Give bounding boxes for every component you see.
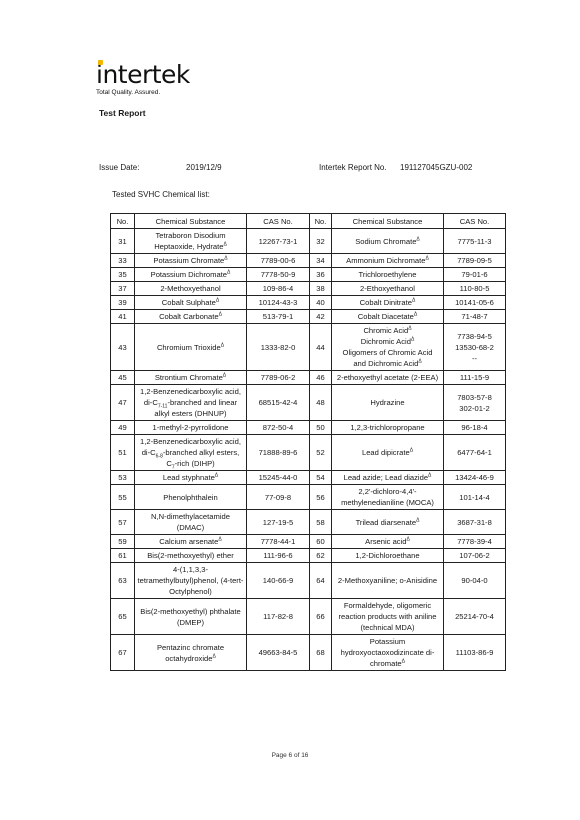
header-no-right: No.: [310, 214, 332, 229]
delta-mark: Δ: [218, 536, 221, 542]
cas-number: 7789-00-6: [247, 254, 310, 268]
chemical-substance: Ammonium DichromateΔ: [332, 254, 444, 268]
cas-number: 7778-39-4: [444, 535, 506, 549]
row-number: 54: [310, 471, 332, 485]
row-number: 53: [111, 471, 135, 485]
row-number: 68: [310, 635, 332, 671]
table-row: 634-(1,1,3,3-tetramethylbutyl)phenol, (4…: [111, 563, 506, 599]
chemical-substance: Cobalt DiacetateΔ: [332, 310, 444, 324]
chemical-substance: Lead styphnateΔ: [135, 471, 247, 485]
chemical-substance: 2-Methoxyaniline; o-Anisidine: [332, 563, 444, 599]
row-number: 32: [310, 229, 332, 254]
chemical-substance: N,N-dimethylacetamide (DMAC): [135, 510, 247, 535]
cas-number: 7803-57-8302-01-2: [444, 385, 506, 421]
table-row: 33Potassium ChromateΔ7789-00-634Ammonium…: [111, 254, 506, 268]
cas-number: 101-14-4: [444, 485, 506, 510]
cas-number: 10141-05-6: [444, 296, 506, 310]
chemical-substance: Chromium TrioxideΔ: [135, 324, 247, 371]
chemical-substance: Cobalt DinitrateΔ: [332, 296, 444, 310]
delta-mark: Δ: [412, 297, 415, 303]
chemical-substance: Formaldehyde, oligomeric reaction produc…: [332, 599, 444, 635]
cas-number: 49663-84-5: [247, 635, 310, 671]
delta-mark: Δ: [410, 447, 413, 453]
cas-number: 79-01-6: [444, 268, 506, 282]
table-row: 35Potassium DichromateΔ7778-50-936Trichl…: [111, 268, 506, 282]
row-number: 62: [310, 549, 332, 563]
row-number: 31: [111, 229, 135, 254]
cas-number: 3687-31-8: [444, 510, 506, 535]
chemical-substance: 1-methyl-2-pyrrolidone: [135, 421, 247, 435]
table-row: 65Bis(2-methoxyethyl) phthalate (DMEP)11…: [111, 599, 506, 635]
chemical-substance: Potassium hydroxyoctaoxodizincate di-chr…: [332, 635, 444, 671]
chemical-substance: 1,2-Benzenedicarboxylic acid, di-C7-11-b…: [135, 385, 247, 421]
cas-number: 10124-43-3: [247, 296, 310, 310]
cas-number: 109-86-4: [247, 282, 310, 296]
cas-number: 13424-46-9: [444, 471, 506, 485]
chemical-substance: Trichloroethylene: [332, 268, 444, 282]
cas-number: 71888-89-6: [247, 435, 310, 471]
delta-mark: Δ: [227, 269, 230, 275]
row-number: 56: [310, 485, 332, 510]
chemical-substance: Phenolphthalein: [135, 485, 247, 510]
header-no-left: No.: [111, 214, 135, 229]
table-row: 67Pentazinc chromate octahydroxideΔ49663…: [111, 635, 506, 671]
cas-number: 6477-64-1: [444, 435, 506, 471]
table-row: 61Bis(2-methoxyethyl) ether111-96-6621,2…: [111, 549, 506, 563]
delta-mark: Δ: [426, 255, 429, 261]
cas-number: 12267-73-1: [247, 229, 310, 254]
report-title: Test Report: [99, 108, 146, 118]
header-substance-left: Chemical Substance: [135, 214, 247, 229]
delta-mark: Δ: [223, 241, 226, 247]
row-number: 67: [111, 635, 135, 671]
delta-mark: Δ: [215, 472, 218, 478]
chemical-substance: Trilead diarsenateΔ: [332, 510, 444, 535]
cas-number: 77-09-8: [247, 485, 310, 510]
row-number: 57: [111, 510, 135, 535]
chemical-substance: Lead azide; Lead diazideΔ: [332, 471, 444, 485]
delta-mark: Δ: [416, 236, 419, 242]
row-number: 61: [111, 549, 135, 563]
chemical-substance: 2,2'-dichloro-4,4'-methylenedianiline (M…: [332, 485, 444, 510]
cas-number: 68515-42-4: [247, 385, 310, 421]
delta-mark: Δ: [219, 311, 222, 317]
report-number-label: Intertek Report No.: [319, 163, 387, 172]
delta-mark: Δ: [212, 653, 215, 659]
row-number: 39: [111, 296, 135, 310]
issue-date-label: Issue Date:: [99, 163, 139, 172]
cas-number: 15245-44-0: [247, 471, 310, 485]
chemical-substance: 2-ethoxyethyl acetate (2-EEA): [332, 371, 444, 385]
table-row: 53Lead styphnateΔ15245-44-054Lead azide;…: [111, 471, 506, 485]
row-number: 36: [310, 268, 332, 282]
chemical-substance: Cobalt CarbonateΔ: [135, 310, 247, 324]
row-number: 47: [111, 385, 135, 421]
row-number: 44: [310, 324, 332, 371]
page-number: Page 6 of 16: [0, 752, 580, 759]
cas-number: 7778-50-9: [247, 268, 310, 282]
chemical-substance: Arsenic acidΔ: [332, 535, 444, 549]
table-row: 471,2-Benzenedicarboxylic acid, di-C7-11…: [111, 385, 506, 421]
table-row: 45Strontium ChromateΔ7789-06-2462-ethoxy…: [111, 371, 506, 385]
cas-number: 90-04-0: [444, 563, 506, 599]
cas-number: 7789-09-5: [444, 254, 506, 268]
table-row: 55Phenolphthalein77-09-8562,2'-dichloro-…: [111, 485, 506, 510]
table-row: 43Chromium TrioxideΔ1333-82-044Chromic A…: [111, 324, 506, 371]
cas-number: 117-82-8: [247, 599, 310, 635]
delta-mark: Δ: [402, 658, 405, 664]
logo-accent-dot: [98, 60, 103, 65]
chemical-substance: Pentazinc chromate octahydroxideΔ: [135, 635, 247, 671]
chemical-substance: Calcium arsenateΔ: [135, 535, 247, 549]
delta-mark: Δ: [223, 372, 226, 378]
row-number: 58: [310, 510, 332, 535]
row-number: 63: [111, 563, 135, 599]
cas-number: 513-79-1: [247, 310, 310, 324]
list-title: Tested SVHC Chemical list:: [112, 190, 210, 199]
cas-number: 111-15-9: [444, 371, 506, 385]
chemical-substance: Cobalt SulphateΔ: [135, 296, 247, 310]
row-number: 38: [310, 282, 332, 296]
chemical-substance: 4-(1,1,3,3-tetramethylbutyl)phenol, (4-t…: [135, 563, 247, 599]
issue-date-value: 2019/12/9: [186, 163, 222, 172]
table-row: 57N,N-dimethylacetamide (DMAC)127-19-558…: [111, 510, 506, 535]
svhc-chemical-table: No. Chemical Substance CAS No. No. Chemi…: [110, 213, 506, 671]
row-number: 35: [111, 268, 135, 282]
delta-mark: Δ: [414, 311, 417, 317]
table-row: 59Calcium arsenateΔ7778-44-160Arsenic ac…: [111, 535, 506, 549]
chemical-substance: Bis(2-methoxyethyl) ether: [135, 549, 247, 563]
cas-number: 7738-94-513530-68-2--: [444, 324, 506, 371]
cas-number: 7789-06-2: [247, 371, 310, 385]
row-number: 52: [310, 435, 332, 471]
header-cas-right: CAS No.: [444, 214, 506, 229]
chemical-substance: 2-Ethoxyethanol: [332, 282, 444, 296]
row-number: 60: [310, 535, 332, 549]
cas-number: 7775-11-3: [444, 229, 506, 254]
table-body: 31Tetraboron Disodium Heptaoxide, Hydrat…: [111, 229, 506, 671]
chemical-substance: Sodium ChromateΔ: [332, 229, 444, 254]
row-number: 40: [310, 296, 332, 310]
delta-mark: Δ: [407, 536, 410, 542]
cas-number: 7778-44-1: [247, 535, 310, 549]
cas-number: 25214-70-4: [444, 599, 506, 635]
table-row: 491-methyl-2-pyrrolidone872-50-4501,2,3-…: [111, 421, 506, 435]
chemical-substance: 1,2-Benzenedicarboxylic acid, di-C6-8-br…: [135, 435, 247, 471]
row-number: 50: [310, 421, 332, 435]
row-number: 41: [111, 310, 135, 324]
row-number: 55: [111, 485, 135, 510]
chemical-substance: Tetraboron Disodium Heptaoxide, HydrateΔ: [135, 229, 247, 254]
chemical-substance: Chromic AcidΔDichromic AcidΔOligomers of…: [332, 324, 444, 371]
intertek-logo: intertek Total Quality. Assured.: [96, 62, 190, 96]
chemical-substance: Bis(2-methoxyethyl) phthalate (DMEP): [135, 599, 247, 635]
table-header-row: No. Chemical Substance CAS No. No. Chemi…: [111, 214, 506, 229]
cas-number: 140-66-9: [247, 563, 310, 599]
logo-tagline: Total Quality. Assured.: [96, 89, 190, 96]
chemical-substance: Lead dipicrateΔ: [332, 435, 444, 471]
chemical-substance: 2-Methoxyethanol: [135, 282, 247, 296]
row-number: 48: [310, 385, 332, 421]
delta-mark: Δ: [416, 517, 419, 523]
cas-number: 127-19-5: [247, 510, 310, 535]
cas-number: 872-50-4: [247, 421, 310, 435]
delta-mark: Δ: [418, 358, 421, 364]
row-number: 42: [310, 310, 332, 324]
cas-number: 1333-82-0: [247, 324, 310, 371]
row-number: 66: [310, 599, 332, 635]
cas-number: 107-06-2: [444, 549, 506, 563]
row-number: 46: [310, 371, 332, 385]
cas-number: 96-18-4: [444, 421, 506, 435]
header-cas-left: CAS No.: [247, 214, 310, 229]
row-number: 49: [111, 421, 135, 435]
delta-mark: Δ: [428, 472, 431, 478]
logo-wordmark: intertek: [96, 62, 190, 87]
chemical-substance: Hydrazine: [332, 385, 444, 421]
cas-number: 11103-86-9: [444, 635, 506, 671]
row-number: 59: [111, 535, 135, 549]
delta-mark: Δ: [216, 297, 219, 303]
row-number: 65: [111, 599, 135, 635]
row-number: 64: [310, 563, 332, 599]
row-number: 37: [111, 282, 135, 296]
row-number: 51: [111, 435, 135, 471]
cas-number: 110-80-5: [444, 282, 506, 296]
delta-mark: Δ: [224, 255, 227, 261]
cas-number: 71-48-7: [444, 310, 506, 324]
table-row: 39Cobalt SulphateΔ10124-43-340Cobalt Din…: [111, 296, 506, 310]
header-substance-right: Chemical Substance: [332, 214, 444, 229]
row-number: 43: [111, 324, 135, 371]
table-row: 41Cobalt CarbonateΔ513-79-142Cobalt Diac…: [111, 310, 506, 324]
chemical-substance: Potassium ChromateΔ: [135, 254, 247, 268]
chemical-substance: Strontium ChromateΔ: [135, 371, 247, 385]
delta-mark: Δ: [411, 336, 414, 342]
chemical-substance: 1,2-Dichloroethane: [332, 549, 444, 563]
row-number: 34: [310, 254, 332, 268]
cas-number: 111-96-6: [247, 549, 310, 563]
row-number: 45: [111, 371, 135, 385]
table-row: 31Tetraboron Disodium Heptaoxide, Hydrat…: [111, 229, 506, 254]
delta-mark: Δ: [221, 342, 224, 348]
table-row: 372-Methoxyethanol109-86-4382-Ethoxyetha…: [111, 282, 506, 296]
chemical-substance: 1,2,3-trichloropropane: [332, 421, 444, 435]
report-number-value: 191127045GZU-002: [400, 163, 472, 172]
row-number: 33: [111, 254, 135, 268]
chemical-substance: Potassium DichromateΔ: [135, 268, 247, 282]
table-row: 511,2-Benzenedicarboxylic acid, di-C6-8-…: [111, 435, 506, 471]
delta-mark: Δ: [408, 325, 411, 331]
